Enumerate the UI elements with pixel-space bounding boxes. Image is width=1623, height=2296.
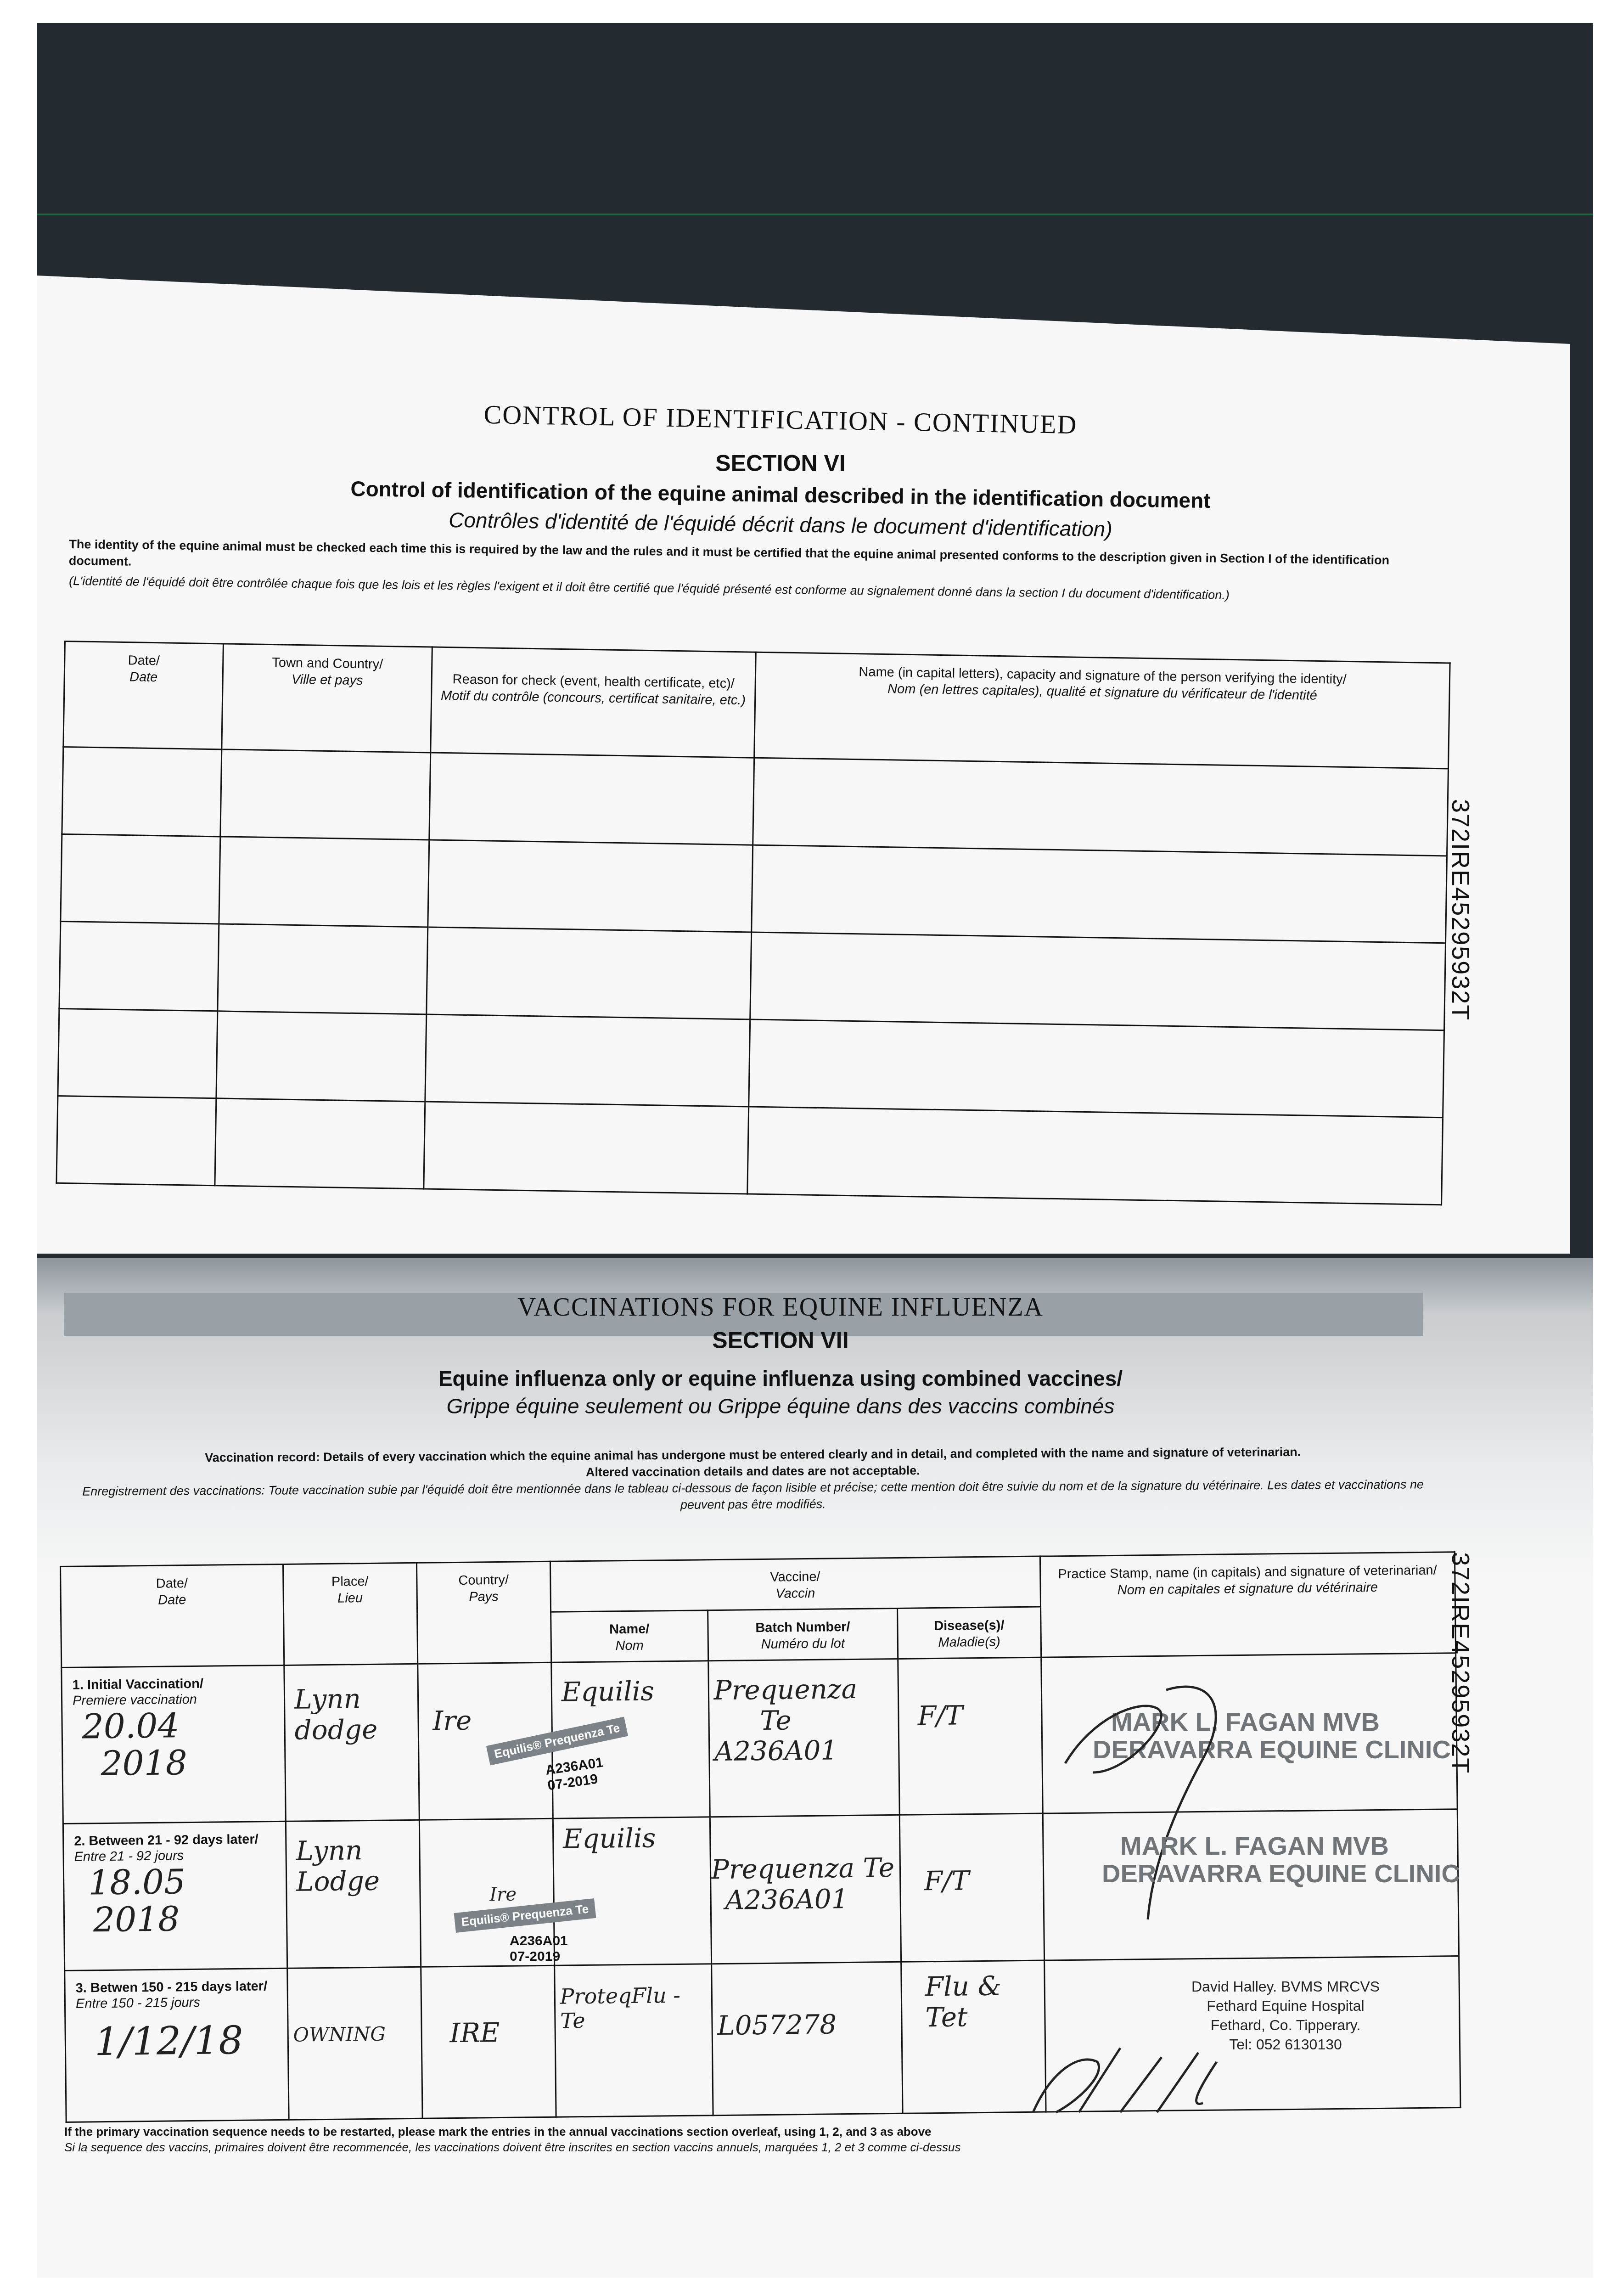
vet-signature-1 <box>1038 1681 1405 1938</box>
stamp-vet-name: MARK L. FAGAN MVB <box>1120 1832 1460 1860</box>
cell-vaccine-name[interactable]: ProteqFlu - Te <box>554 1964 713 2117</box>
row-label-en: 2. Between 21 - 92 days later/ <box>74 1832 258 1849</box>
sticker-expiry: 07-2019 <box>510 1949 568 1964</box>
cell-reason[interactable] <box>429 753 754 845</box>
col-vaccine-name: Name/ Nom <box>550 1610 708 1663</box>
country-value: IRE <box>449 2017 555 2048</box>
cell-date[interactable] <box>58 1008 218 1098</box>
cell-date[interactable]: 2. Between 21 - 92 days later/ Entre 21 … <box>63 1821 287 1970</box>
place-value-2: dodge <box>294 1714 418 1745</box>
disease-value: F/T <box>917 1699 1041 1731</box>
vaccine-name-value: ProteqFlu - Te <box>560 1983 711 2033</box>
primary-sequence-footnote: If the primary vaccination sequence need… <box>64 2124 1166 2155</box>
col-town-country: Town and Country/ Ville et pays <box>222 644 432 753</box>
place-value: Lynn <box>294 1683 418 1715</box>
cell-batch[interactable]: Prequenza Te A236A01 <box>708 1659 899 1817</box>
col-town-en: Town and Country/ <box>224 653 431 673</box>
disease-value: Flu & Tet <box>925 1970 1045 2033</box>
cell-place[interactable]: Lynn Lodge <box>286 1820 421 1968</box>
vaccine-name-value: Equilis <box>561 1675 708 1707</box>
col-date-en: Date/ <box>62 1574 282 1593</box>
cell-date[interactable] <box>59 921 219 1011</box>
section-vii-subtitle-fr: Grippe équine seulement ou Grippe équine… <box>230 1394 1331 1418</box>
cell-place[interactable]: Lynn dodge <box>284 1664 419 1821</box>
scanner-line <box>37 214 1593 215</box>
date-year: 2018 <box>93 1900 286 1939</box>
cell-reason[interactable] <box>427 927 752 1019</box>
country-value: Ire <box>489 1884 553 1905</box>
vaccination-record-label: Vaccination record: <box>205 1450 320 1464</box>
date-year: 2018 <box>101 1744 285 1783</box>
col-country-en: Country/ <box>418 1571 549 1589</box>
row-label-en: 1. Initial Vaccination/ <box>73 1677 204 1693</box>
col-date-fr: Date <box>129 670 158 685</box>
batch-value-2: Te <box>760 1704 898 1736</box>
section-vii-label: SECTION VII <box>620 1327 941 1354</box>
identification-check-table: Date/ Date Town and Country/ Ville et pa… <box>56 641 1450 1205</box>
date-value: 1/12/18 <box>94 2019 287 2063</box>
cell-vaccine-name[interactable]: Equilis <box>553 1817 711 1966</box>
section-vii-subtitle-en: Equine influenza only or equine influenz… <box>230 1366 1331 1391</box>
footnote-en: If the primary vaccination sequence need… <box>64 2124 1166 2139</box>
batch-value: L057278 <box>717 2009 901 2041</box>
disease-value: F/T <box>924 1865 1043 1896</box>
cell-date[interactable]: 1. Initial Vaccination/ Premiere vaccina… <box>62 1665 286 1823</box>
col-reason-fr: Motif du contrôle (concours, certificat … <box>441 688 746 708</box>
batch-value: Prequenza <box>713 1673 898 1706</box>
section-vi-label: SECTION VI <box>643 450 918 477</box>
cell-batch[interactable]: L057278 <box>711 1962 903 2115</box>
vaccine-name-value: Equilis <box>563 1822 710 1854</box>
cell-date[interactable]: 3. Betwen 150 - 215 days later/ Entre 15… <box>65 1968 289 2122</box>
col-country-fr: Pays <box>469 1589 499 1604</box>
vaccination-record-en: Details of every vaccination which the e… <box>323 1445 1301 1464</box>
place-value: Lynn <box>296 1835 419 1866</box>
col-vaccine-fr: Vaccin <box>775 1586 815 1601</box>
passport-id-vertical-2: 372IRE45295932T <box>1446 1552 1475 1774</box>
cell-batch[interactable]: Prequenza Te A236A01 <box>710 1815 901 1964</box>
date-value: 18.05 <box>88 1863 286 1902</box>
col-reason: Reason for check (event, health certific… <box>431 647 756 758</box>
col-name-fr: Nom <box>615 1638 644 1654</box>
col-disease-fr: Maladie(s) <box>938 1635 1000 1650</box>
vet-signature-3 <box>1024 2034 1299 2126</box>
cell-date[interactable] <box>56 1096 216 1185</box>
cell-verifier[interactable] <box>750 932 1446 1030</box>
cell-verifier[interactable] <box>752 845 1447 943</box>
batch-value-3: A236A01 <box>725 1883 900 1916</box>
cell-reason[interactable] <box>425 1014 750 1107</box>
col-place: Place/ Lieu <box>283 1563 417 1665</box>
cell-verifier[interactable] <box>753 758 1449 856</box>
row-label-fr: Entre 21 - 92 jours <box>74 1848 184 1864</box>
date-value: 20.04 <box>82 1706 284 1746</box>
stamp-vet-name: David Halley. BVMS MRCVS <box>1148 1977 1423 1996</box>
cell-verifier[interactable] <box>747 1107 1443 1205</box>
cell-town[interactable] <box>216 1011 427 1102</box>
cell-town[interactable] <box>218 924 428 1014</box>
country-value: Ire <box>432 1705 551 1736</box>
cell-verifier[interactable] <box>749 1019 1444 1118</box>
vaccination-record-notice: Vaccination record: Details of every vac… <box>69 1443 1438 1516</box>
stamp-clinic: DERAVARRA EQUINE CLINIC <box>1102 1860 1460 1887</box>
col-town-fr: Ville et pays <box>292 672 363 688</box>
cell-date[interactable] <box>61 834 220 923</box>
section-vii-banner: VACCINATIONS FOR EQUINE INFLUENZA <box>321 1293 1240 1322</box>
row-label-fr: Entre 150 - 215 jours <box>76 1995 200 2011</box>
batch-value: Prequenza Te <box>711 1852 899 1885</box>
vet-stamp-2: MARK L. FAGAN MVB DERAVARRA EQUINE CLINI… <box>1102 1832 1460 1887</box>
cell-town[interactable] <box>219 837 429 927</box>
col-name-en: Name/ <box>609 1622 649 1637</box>
col-verifier: Name (in capital letters), capacity and … <box>754 652 1450 769</box>
batch-value-3: A236A01 <box>714 1734 899 1767</box>
col-date: Date/ Date <box>61 1564 284 1667</box>
cell-town[interactable] <box>220 749 431 840</box>
stamp-hospital: Fethard Equine Hospital <box>1148 1996 1423 2015</box>
place-value: OWNING <box>293 2023 421 2046</box>
row-label-en: 3. Betwen 150 - 215 days later/ <box>75 1979 267 1995</box>
col-stamp-en: Practice Stamp, name (in capitals) and s… <box>1041 1562 1454 1582</box>
sticker-lot-2: A236A01 07-2019 <box>510 1933 568 1964</box>
table-header-row: Date/ Date Town and Country/ Ville et pa… <box>63 642 1450 769</box>
col-date: Date/ Date <box>63 642 224 749</box>
col-vaccine-en: Vaccine/ <box>551 1566 1039 1588</box>
col-place-en: Place/ <box>284 1573 416 1591</box>
cell-country[interactable]: IRE <box>421 1965 556 2118</box>
cell-town[interactable] <box>215 1098 425 1189</box>
col-date-en: Date/ <box>66 651 222 670</box>
cell-disease[interactable]: F/T <box>899 1813 1044 1962</box>
stamp-address: Fethard, Co. Tipperary. <box>1148 2015 1423 2035</box>
col-date-fr: Date <box>158 1593 186 1608</box>
cell-date[interactable] <box>62 747 222 836</box>
footnote-fr: Si la sequence des vaccins, primaires do… <box>64 2139 1166 2155</box>
cell-reason[interactable] <box>424 1102 749 1194</box>
col-batch-en: Batch Number/ <box>755 1620 850 1635</box>
passport-id-vertical: 372IRE45295932T <box>1446 799 1475 1021</box>
sticker-lot-number: A236A01 <box>510 1933 568 1949</box>
col-country: Country/ Pays <box>416 1561 551 1664</box>
vaccination-record-fr: Enregistrement des vaccinations: Toute v… <box>82 1477 1424 1511</box>
vaccination-record-en-2: Altered vaccination details and dates ar… <box>586 1463 920 1479</box>
col-vaccine: Vaccine/ Vaccin <box>550 1556 1040 1612</box>
place-value-2: Lodge <box>296 1865 420 1897</box>
col-place-fr: Lieu <box>337 1591 363 1606</box>
col-stamp-fr: Nom en capitales et signature du vétérin… <box>1118 1580 1378 1598</box>
col-disease-en: Disease(s)/ <box>934 1618 1004 1633</box>
cell-reason[interactable] <box>428 840 753 932</box>
col-batch-fr: Numéro du lot <box>761 1636 845 1652</box>
col-batch-number: Batch Number/ Numéro du lot <box>708 1608 898 1660</box>
col-practice-stamp: Practice Stamp, name (in capitals) and s… <box>1040 1552 1456 1657</box>
cell-disease[interactable]: F/T <box>898 1657 1043 1815</box>
col-disease: Disease(s)/ Maladie(s) <box>898 1607 1041 1659</box>
cell-place[interactable]: OWNING <box>287 1967 422 2120</box>
